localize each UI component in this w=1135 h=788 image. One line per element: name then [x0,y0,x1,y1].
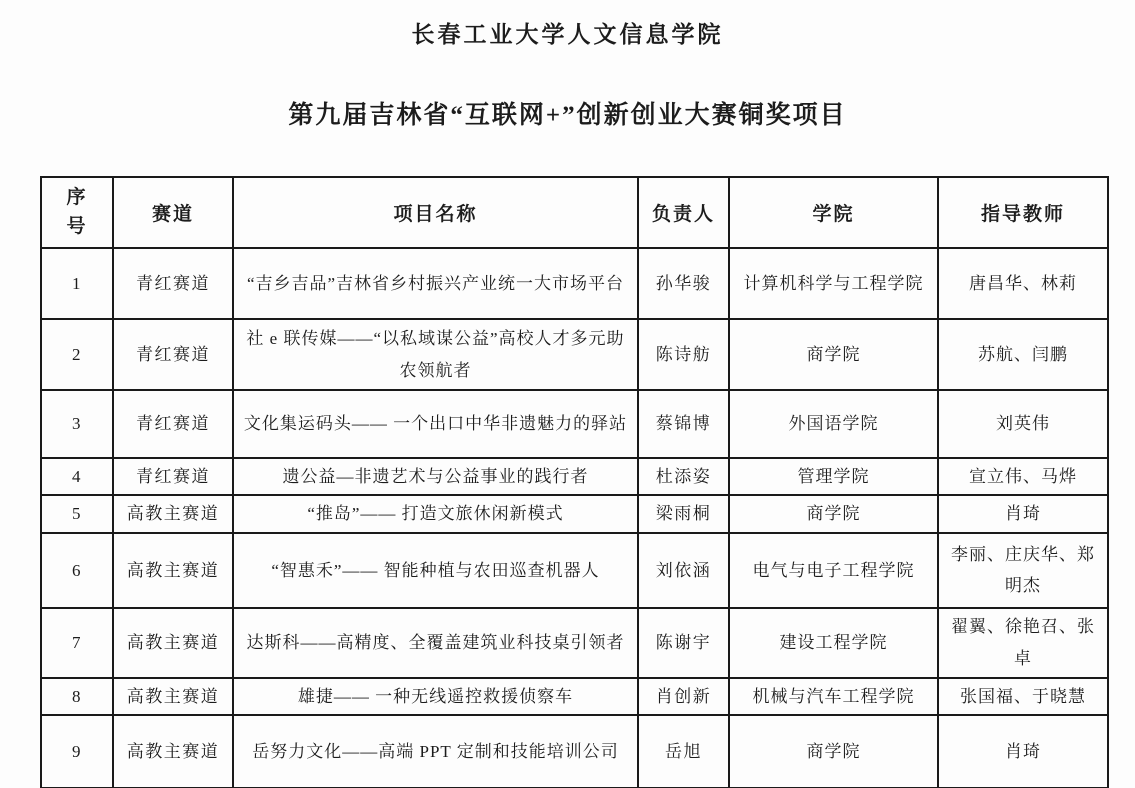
cell-college: 外国语学院 [729,390,938,458]
cell-advisors: 苏航、闫鹏 [938,319,1108,390]
cell-advisors: 翟翼、徐艳召、张卓 [938,608,1108,678]
cell-project: 文化集运码头—— 一个出口中华非遗魅力的驿站 [233,390,638,458]
cell-project: “吉乡吉品”吉林省乡村振兴产业统一大市场平台 [233,248,638,319]
cell-no: 7 [41,608,113,678]
table-row: 6 高教主赛道 “智惠禾”—— 智能种植与农田巡查机器人 刘依涵 电气与电子工程… [41,533,1108,608]
cell-project: 雄捷—— 一种无线遥控救援侦察车 [233,678,638,715]
col-header-leader: 负责人 [638,177,729,248]
col-header-no: 序号 [41,177,113,248]
cell-leader: 蔡锦博 [638,390,729,458]
table-header-row: 序号 赛道 项目名称 负责人 学院 指导教师 [41,177,1108,248]
cell-track: 高教主赛道 [113,678,233,715]
cell-project: 社 e 联传媒——“以私域谋公益”高校人才多元助农领航者 [233,319,638,390]
cell-leader: 孙华骏 [638,248,729,319]
cell-track: 高教主赛道 [113,533,233,608]
cell-leader: 陈谢宇 [638,608,729,678]
table-row: 9 高教主赛道 岳努力文化——高端 PPT 定制和技能培训公司 岳旭 商学院 肖… [41,715,1108,788]
document-page: 长春工业大学人文信息学院 第九届吉林省“互联网+”创新创业大赛铜奖项目 序号 赛… [0,0,1135,788]
cell-no: 1 [41,248,113,319]
cell-leader: 梁雨桐 [638,495,729,532]
cell-no: 2 [41,319,113,390]
cell-college: 商学院 [729,495,938,532]
cell-college: 商学院 [729,715,938,788]
cell-advisors: 宣立伟、马烨 [938,458,1108,495]
cell-advisors: 肖琦 [938,715,1108,788]
cell-no: 5 [41,495,113,532]
cell-leader: 杜添姿 [638,458,729,495]
cell-no: 4 [41,458,113,495]
cell-no: 6 [41,533,113,608]
cell-track: 青红赛道 [113,248,233,319]
cell-project: 岳努力文化——高端 PPT 定制和技能培训公司 [233,715,638,788]
table-row: 1 青红赛道 “吉乡吉品”吉林省乡村振兴产业统一大市场平台 孙华骏 计算机科学与… [41,248,1108,319]
col-header-track: 赛道 [113,177,233,248]
cell-college: 管理学院 [729,458,938,495]
cell-advisors: 李丽、庄庆华、郑明杰 [938,533,1108,608]
table-row: 3 青红赛道 文化集运码头—— 一个出口中华非遗魅力的驿站 蔡锦博 外国语学院 … [41,390,1108,458]
cell-project: 达斯科——高精度、全覆盖建筑业科技桌引领者 [233,608,638,678]
cell-no: 9 [41,715,113,788]
page-subtitle: 第九届吉林省“互联网+”创新创业大赛铜奖项目 [0,95,1135,131]
cell-leader: 刘依涵 [638,533,729,608]
cell-track: 青红赛道 [113,319,233,390]
col-header-no-label: 序号 [65,184,90,241]
table-row: 4 青红赛道 遗公益—非遗艺术与公益事业的践行者 杜添姿 管理学院 宣立伟、马烨 [41,458,1108,495]
col-header-college: 学院 [729,177,938,248]
table-row: 8 高教主赛道 雄捷—— 一种无线遥控救援侦察车 肖创新 机械与汽车工程学院 张… [41,678,1108,715]
cell-project: 遗公益—非遗艺术与公益事业的践行者 [233,458,638,495]
cell-advisors: 刘英伟 [938,390,1108,458]
col-header-project: 项目名称 [233,177,638,248]
cell-no: 3 [41,390,113,458]
cell-advisors: 张国福、于晓慧 [938,678,1108,715]
cell-advisors: 唐昌华、林莉 [938,248,1108,319]
cell-track: 青红赛道 [113,390,233,458]
cell-college: 机械与汽车工程学院 [729,678,938,715]
cell-track: 高教主赛道 [113,608,233,678]
cell-leader: 岳旭 [638,715,729,788]
col-header-advisors: 指导教师 [938,177,1108,248]
awards-table: 序号 赛道 项目名称 负责人 学院 指导教师 1 青红赛道 “吉乡吉品”吉林省乡… [40,176,1109,788]
cell-advisors: 肖琦 [938,495,1108,532]
cell-no: 8 [41,678,113,715]
cell-leader: 肖创新 [638,678,729,715]
cell-college: 商学院 [729,319,938,390]
cell-college: 计算机科学与工程学院 [729,248,938,319]
table-row: 7 高教主赛道 达斯科——高精度、全覆盖建筑业科技桌引领者 陈谢宇 建设工程学院… [41,608,1108,678]
cell-track: 高教主赛道 [113,495,233,532]
cell-project: “推岛”—— 打造文旅休闲新模式 [233,495,638,532]
page-title: 长春工业大学人文信息学院 [0,16,1135,49]
cell-college: 建设工程学院 [729,608,938,678]
cell-college: 电气与电子工程学院 [729,533,938,608]
table-row: 5 高教主赛道 “推岛”—— 打造文旅休闲新模式 梁雨桐 商学院 肖琦 [41,495,1108,532]
table-row: 2 青红赛道 社 e 联传媒——“以私域谋公益”高校人才多元助农领航者 陈诗舫 … [41,319,1108,390]
cell-track: 青红赛道 [113,458,233,495]
cell-project: “智惠禾”—— 智能种植与农田巡查机器人 [233,533,638,608]
cell-track: 高教主赛道 [113,715,233,788]
cell-leader: 陈诗舫 [638,319,729,390]
